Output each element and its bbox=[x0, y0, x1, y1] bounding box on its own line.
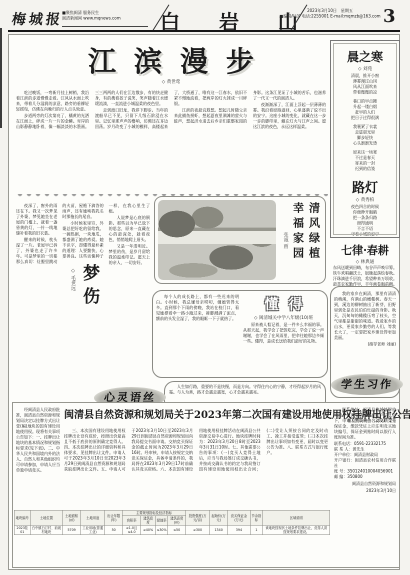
dream-columns: 夜深了，窗外的雨还在下。我又一次梦见了外婆，梦见她坐在老屋的门槛上，就着一盏昏黄… bbox=[16, 203, 150, 266]
date-block-text: 2023年3月10日 星期五 ■编辑/叶芳 电话:2255001 E-mail:… bbox=[278, 8, 382, 19]
announcement-contacts: 联系电话：0591-22332175联 系 人：黄先生开户单位：闽清县财政局开户… bbox=[334, 441, 396, 480]
announcement-body-text: 三、本次国有建设用地使用权挂牌出让设有底价，按照出价最高且不低于底价的原则确定竞… bbox=[64, 428, 328, 472]
announcement-sign-date: 2023年3月10日 bbox=[334, 488, 396, 494]
poem-lamp-lines: 夜色四合的时候你便睁开眼睛把一条条归路照得通明不言不语守着小城的安宁 bbox=[331, 204, 399, 237]
announcement-intro: 经闽清县人民政府批准，闽清县自然资源和规划局决定以挂牌方式出让壹(幅)地块的国有… bbox=[16, 407, 60, 505]
riverside-paragraph: 吃过晚饭，一弯新月挂上树梢，我沿着江滨的步道慢慢走着。江风从水面上吹来，带着几分… bbox=[16, 90, 89, 112]
student-text: 我的家乡在闽清，那里有清清的梅溪，有满山的橄榄树。春天一到，溪边的柳树抽出了新芽… bbox=[334, 291, 396, 347]
th-term: 出让年限(年) bbox=[105, 510, 123, 525]
land-table-cell: 工业用地(普通工业) bbox=[81, 525, 105, 535]
riverside-author: ◇ 黄世莺 bbox=[12, 78, 330, 85]
th-note: 区域说明 bbox=[263, 510, 330, 525]
land-table-cell: 该地块按现状土地条件挂牌出让，竞得人须按规划要求建设。 bbox=[263, 525, 330, 535]
poem-lamp-author: ◇ 黄秀柏 bbox=[331, 196, 399, 203]
poem-qilu-lines: 东风送暖到田畴，布谷声声唤早筹。铁牛欢唱翻沃土，银锄起落绘春秋。汗珠滴进千层浪，… bbox=[330, 265, 400, 287]
riverside-paragraph: 夜渐渐深了，江面上浮起一层薄薄的雾。我沿着原路返回，心里盛满了说不出的安宁。这座… bbox=[253, 102, 326, 130]
essay-title: 懂得 bbox=[243, 294, 324, 314]
announcement-body-paragraph: 三、本次国有建设用地使用权挂牌出让设有底价，按照出价最高且不低于底价的原则确定竞… bbox=[64, 428, 328, 472]
soul-quote-text: 人生如行路，重要的不是快慢，而是方向。守得住内心的宁静，才经得起岁月的风霜。与人… bbox=[169, 384, 321, 395]
poem-chen-title: 晨之寒 bbox=[331, 48, 399, 65]
essay-left-col: 每个人的成长路上，都有一些迟来的明白。小时候，我总嫌母亲唠叨，嫌她管得太多。直到… bbox=[156, 294, 239, 374]
dream-paragraph: 人说梦是心底的倒影。那些以为早已放下的思念，原来一直藏在心的最深处，趁着夜色，悄… bbox=[109, 215, 150, 243]
land-table-cell: 50 bbox=[105, 525, 123, 535]
dream-paragraph: 夜深了，窗外的雨还在下。我又一次梦见了外婆，梦见她坐在老屋的门槛上，就着一盏昏黄… bbox=[16, 203, 57, 236]
poem-chen-author: ◇ 刘苑 bbox=[331, 65, 399, 72]
student-sign: (指导老师 刘丽) bbox=[334, 342, 396, 348]
date: 2023年3月10日 bbox=[307, 9, 337, 14]
dream-author: ◇ 毛世远 bbox=[70, 268, 77, 328]
land-table-cell: 394 bbox=[228, 525, 250, 535]
poem-chen-lines-wrap: 清晨，推开小窗薄雾漫过山冈风从江面吹来带着微微的凉巷口的早点摊升起一缕白烟赶早的… bbox=[331, 73, 399, 175]
essay-box: 每个人的成长路上，都有一些迟来的明白。小时候，我总嫌母亲唠叨，嫌她管得太多。直到… bbox=[152, 290, 328, 378]
th-location: 土地位置 bbox=[30, 510, 62, 525]
land-table-cell: 白中镇白汀村、前坂村地块 bbox=[30, 525, 62, 535]
th-use: 土地用途 bbox=[81, 510, 105, 525]
poem-lamp-lines-wrap: 夜色四合的时候你便睁开眼睛把一条条归路照得通明不言不语守着小城的安宁 bbox=[331, 204, 399, 240]
announcement-intro-text: 经闽清县人民政府批准，闽清县自然资源和规划局决定以挂牌方式出让壹(幅)地块的国有… bbox=[16, 407, 60, 473]
th-height: 建筑高度(m) bbox=[168, 516, 186, 526]
tagline-2: 闽清新闻网 www.mqnews.com bbox=[62, 16, 148, 22]
announcement-right-text: 联系地址：闽清县梅城镇解放大街。咨询电话及银行账户信息如下，申请人须以单位名义交… bbox=[334, 407, 396, 494]
page-number: 3 bbox=[383, 6, 396, 27]
dream-title-block: ◇ 毛世远 梦伤 bbox=[70, 264, 102, 328]
essay-right-text: 原来被人惦记着，是一件多么幸福的事。从那天起，我学会了把饭吃完，学会了说一声谢谢… bbox=[243, 322, 324, 344]
riverside-author-wrap: ◇ 黄世莺 bbox=[12, 78, 330, 87]
scan-edge-artifact bbox=[0, 28, 2, 128]
land-table-cell: 2023挂01 bbox=[14, 525, 30, 535]
th-density: 建筑密度 bbox=[141, 516, 156, 526]
th-block-no: 地块编号 bbox=[14, 510, 30, 525]
land-table-cell: ≥1.0且≤4.0 bbox=[122, 525, 140, 535]
land-table-cell: ≤30% bbox=[155, 525, 167, 535]
announcement-right-paragraph: 联系地址：闽清县梅城镇解放大街。咨询电话及银行账户信息如下，申请人须以单位名义交… bbox=[334, 407, 396, 440]
editor-line: ■编辑/叶芳 电话:2255001 E-mail:mqmzb@163.com bbox=[278, 14, 382, 20]
weekday: 星期五 bbox=[341, 9, 353, 14]
land-table-cell: ≤50 bbox=[168, 525, 186, 535]
article-title-riverside: 江滨漫步 bbox=[12, 40, 330, 80]
header-rule bbox=[8, 30, 400, 32]
essay-author-wrap: ◇ 闽清城关中学八年级(10)班 bbox=[243, 314, 324, 322]
land-table-cell: 1340 bbox=[209, 525, 227, 535]
header-date-block: 2023年3月10日 星期五 ■编辑/叶芳 电话:2255001 E-mail:… bbox=[278, 8, 382, 26]
dream-title: 梦伤 bbox=[77, 264, 102, 328]
announcement-body: 三、本次国有建设用地使用权挂牌出让设有底价，按照出价最高且不低于底价的原则确定竞… bbox=[64, 428, 328, 508]
th-start-price: 起始价(万元) bbox=[209, 510, 227, 525]
painting-image bbox=[158, 200, 276, 280]
poem-chen-lines: 清晨，推开小窗薄雾漫过山冈风从江面吹来带着微微的凉巷口的早点摊升起一缕白烟赶早的… bbox=[331, 73, 399, 172]
land-table-wrap: 地块编号 土地位置 土地面积(㎡) 土地用途 出让年限(年) 主要规划指标及经济… bbox=[14, 510, 330, 568]
th-deposit: 竞买保证金(万元) bbox=[228, 510, 250, 525]
land-table: 地块编号 土地位置 土地面积(㎡) 土地用途 出让年限(年) 主要规划指标及经济… bbox=[14, 510, 330, 535]
poem-qilu-author: ◇ 林典通 bbox=[330, 258, 400, 265]
essay-right-col: 懂得 ◇ 闽清城关中学八年级(10)班 原来被人惦记着，是一件多么幸福的事。从那… bbox=[243, 294, 324, 374]
essay-author: ◇ 闽清城关中学八年级(10)班 bbox=[243, 314, 324, 321]
land-table-cell: 1 bbox=[250, 525, 263, 535]
essay-right-paragraph: 原来被人惦记着，是一件多么幸福的事。从那天起，我学会了把饭吃完，学会了说一声谢谢… bbox=[243, 322, 324, 344]
land-table-cell: 5709 bbox=[62, 525, 80, 535]
land-table-data-row: 2023挂01白中镇白汀村、前坂村地块5709工业用地(普通工业)50≥1.0且… bbox=[14, 525, 330, 535]
announcement-right-col: 联系地址：闽清县梅城镇解放大街。咨询电话及银行账户信息如下，申请人须以单位名义交… bbox=[334, 407, 396, 565]
riverside-body: 吃过晚饭，一弯新月挂上树梢，我沿着江滨的步道慢慢走着。江风从水面上吹来，带着几分… bbox=[16, 90, 326, 192]
poem-qilu-author-wrap: ◇ 林典通 bbox=[330, 258, 400, 265]
soul-quote-paragraph: 人生如行路，重要的不是快慢，而是方向。守得住内心的宁静，才经得起岁月的风霜。与人… bbox=[169, 384, 321, 395]
riverside-columns: 吃过晚饭，一弯新月挂上树梢，我沿着江滨的步道慢慢走着。江风从水面上吹来，带着几分… bbox=[16, 90, 326, 130]
poem-lamp-author-wrap: ◇ 黄秀柏 bbox=[331, 196, 399, 204]
poem-lamp-title: 路灯 bbox=[331, 177, 399, 196]
contact-line: 开户银行：闽清县农村信用合作联社 bbox=[334, 458, 396, 469]
poem-line: 迟到的信笺 bbox=[331, 166, 399, 172]
th-green: 绿地率 bbox=[155, 516, 167, 526]
newspaper-page: 梅城报 ■聚焦闽清 服务民生 闽清新闻网 www.mqnews.com 白 岩 … bbox=[0, 0, 410, 575]
poem-qilu-block: 七律·春耕 ◇ 林典通 东风送暖到田畴，布谷声声唤早筹。铁牛欢唱翻沃土，银锄起落… bbox=[330, 242, 400, 291]
announcement-signer: 闽清县自然资源和规划局 bbox=[334, 481, 396, 487]
essay-left-text: 每个人的成长路上，都有一些迟来的明白。小时候，我总嫌母亲唠叨，嫌她管得太多。直到… bbox=[156, 294, 239, 322]
contact-line: 邮 编：350800 bbox=[334, 474, 396, 480]
student-paragraph: 我的家乡在闽清，那里有清清的梅溪，有满山的橄榄树。春天一到，溪边的柳树抽出了新芽… bbox=[334, 291, 396, 341]
th-quota: 节余指标 bbox=[250, 510, 263, 525]
land-table-cell: ≥300 bbox=[186, 525, 210, 535]
land-table-scaler: 地块编号 土地位置 土地面积(㎡) 土地用途 出让年限(年) 主要规划指标及经济… bbox=[14, 510, 330, 535]
poem-box: 晨之寒 ◇ 刘苑 清晨，推开小窗薄雾漫过山冈风从江面吹来带着微微的凉巷口的早点摊… bbox=[330, 40, 400, 238]
painting-credit: 张诚 画 bbox=[283, 232, 290, 278]
th-area: 土地面积(㎡) bbox=[62, 510, 80, 525]
th-investment: 投资强度(万元/亩) bbox=[186, 510, 210, 525]
poem-line: 守着小城的安宁 bbox=[331, 232, 399, 238]
announcement-intro-paragraph: 经闽清县人民政府批准，闽清县自然资源和规划局决定以挂牌方式出让壹(幅)地块的国有… bbox=[16, 407, 60, 473]
masthead-tagline: ■聚焦闽清 服务民生 闽清新闻网 www.mqnews.com bbox=[62, 10, 148, 27]
essay-left-paragraph: 每个人的成长路上，都有一些迟来的明白。小时候，我总嫌母亲唠叨，嫌她管得太多。直到… bbox=[156, 294, 239, 322]
masthead-tagline-text: ■聚焦闽清 服务民生 闽清新闻网 www.mqnews.com bbox=[62, 10, 148, 21]
dream-paragraph: 又是一年清明近。梦里的伤，是岁月留给我的温柔印记。愿天上的亲人，一切安好。 bbox=[109, 244, 150, 266]
poem-qilu-title: 七律·春耕 bbox=[330, 242, 400, 258]
painting-caption-block: 张诚 画 清风绿植 幸福家园 bbox=[282, 202, 322, 278]
poem-chen-author-wrap: ◇ 刘苑 bbox=[331, 65, 399, 73]
th-far: 容积率 bbox=[122, 516, 140, 526]
painting-caption: 清风绿植 幸福家园 bbox=[290, 202, 322, 278]
essay-right-wrap: 原来被人惦记着，是一件多么幸福的事。从那天起，我学会了把饭吃完，学会了说一声谢谢… bbox=[243, 322, 324, 374]
masthead-logo: 梅城报 bbox=[11, 9, 65, 29]
land-table-cell: ≥40% bbox=[141, 525, 156, 535]
